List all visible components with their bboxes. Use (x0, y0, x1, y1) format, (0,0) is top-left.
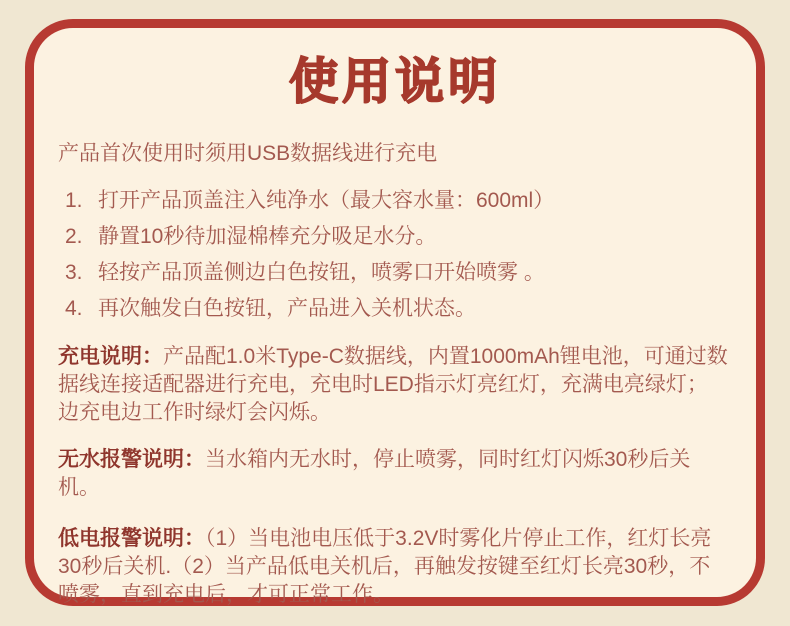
step-number: 3. (65, 259, 98, 286)
step-text: 轻按产品顶盖侧边白色按钮，喷雾口开始喷雾 。 (98, 259, 545, 286)
intro-line: 产品首次使用时须用USB数据线进行充电 (58, 140, 728, 167)
step-item: 1. 打开产品顶盖注入纯净水（最大容水量：600ml） (65, 187, 728, 214)
step-item: 3. 轻按产品顶盖侧边白色按钮，喷雾口开始喷雾 。 (65, 259, 728, 286)
section-low-battery-alarm-label: 低电报警说明： (58, 527, 205, 550)
section-no-water-alarm: 无水报警说明：当水箱内无水时，停止喷雾，同时红灯闪烁30秒后关机。 (58, 446, 728, 502)
step-text: 打开产品顶盖注入纯净水（最大容水量：600ml） (98, 187, 554, 214)
section-charging: 充电说明：产品配1.0米Type-C数据线，内置1000mAh锂电池，可通过数据… (58, 343, 728, 427)
instruction-card: 使用说明 产品首次使用时须用USB数据线进行充电 1. 打开产品顶盖注入纯净水（… (25, 19, 765, 606)
section-low-battery-alarm: 低电报警说明：（1）当电池电压低于3.2V时雾化片停止工作，红灯长亮30秒后关机… (58, 525, 728, 609)
step-item: 2. 静置10秒待加湿棉棒充分吸足水分。 (65, 223, 728, 250)
step-text: 再次触发白色按钮，产品进入关机状态。 (98, 295, 476, 322)
step-number: 1. (65, 187, 98, 214)
step-number: 2. (65, 223, 98, 250)
instruction-content: 产品首次使用时须用USB数据线进行充电 1. 打开产品顶盖注入纯净水（最大容水量… (58, 140, 728, 609)
section-charging-label: 充电说明： (58, 345, 163, 368)
page-title: 使用说明 (34, 55, 756, 110)
step-list: 1. 打开产品顶盖注入纯净水（最大容水量：600ml） 2. 静置10秒待加湿棉… (65, 187, 728, 322)
step-text: 静置10秒待加湿棉棒充分吸足水分。 (98, 223, 436, 250)
step-number: 4. (65, 295, 98, 322)
step-item: 4. 再次触发白色按钮，产品进入关机状态。 (65, 295, 728, 322)
section-no-water-alarm-label: 无水报警说明： (58, 448, 205, 471)
